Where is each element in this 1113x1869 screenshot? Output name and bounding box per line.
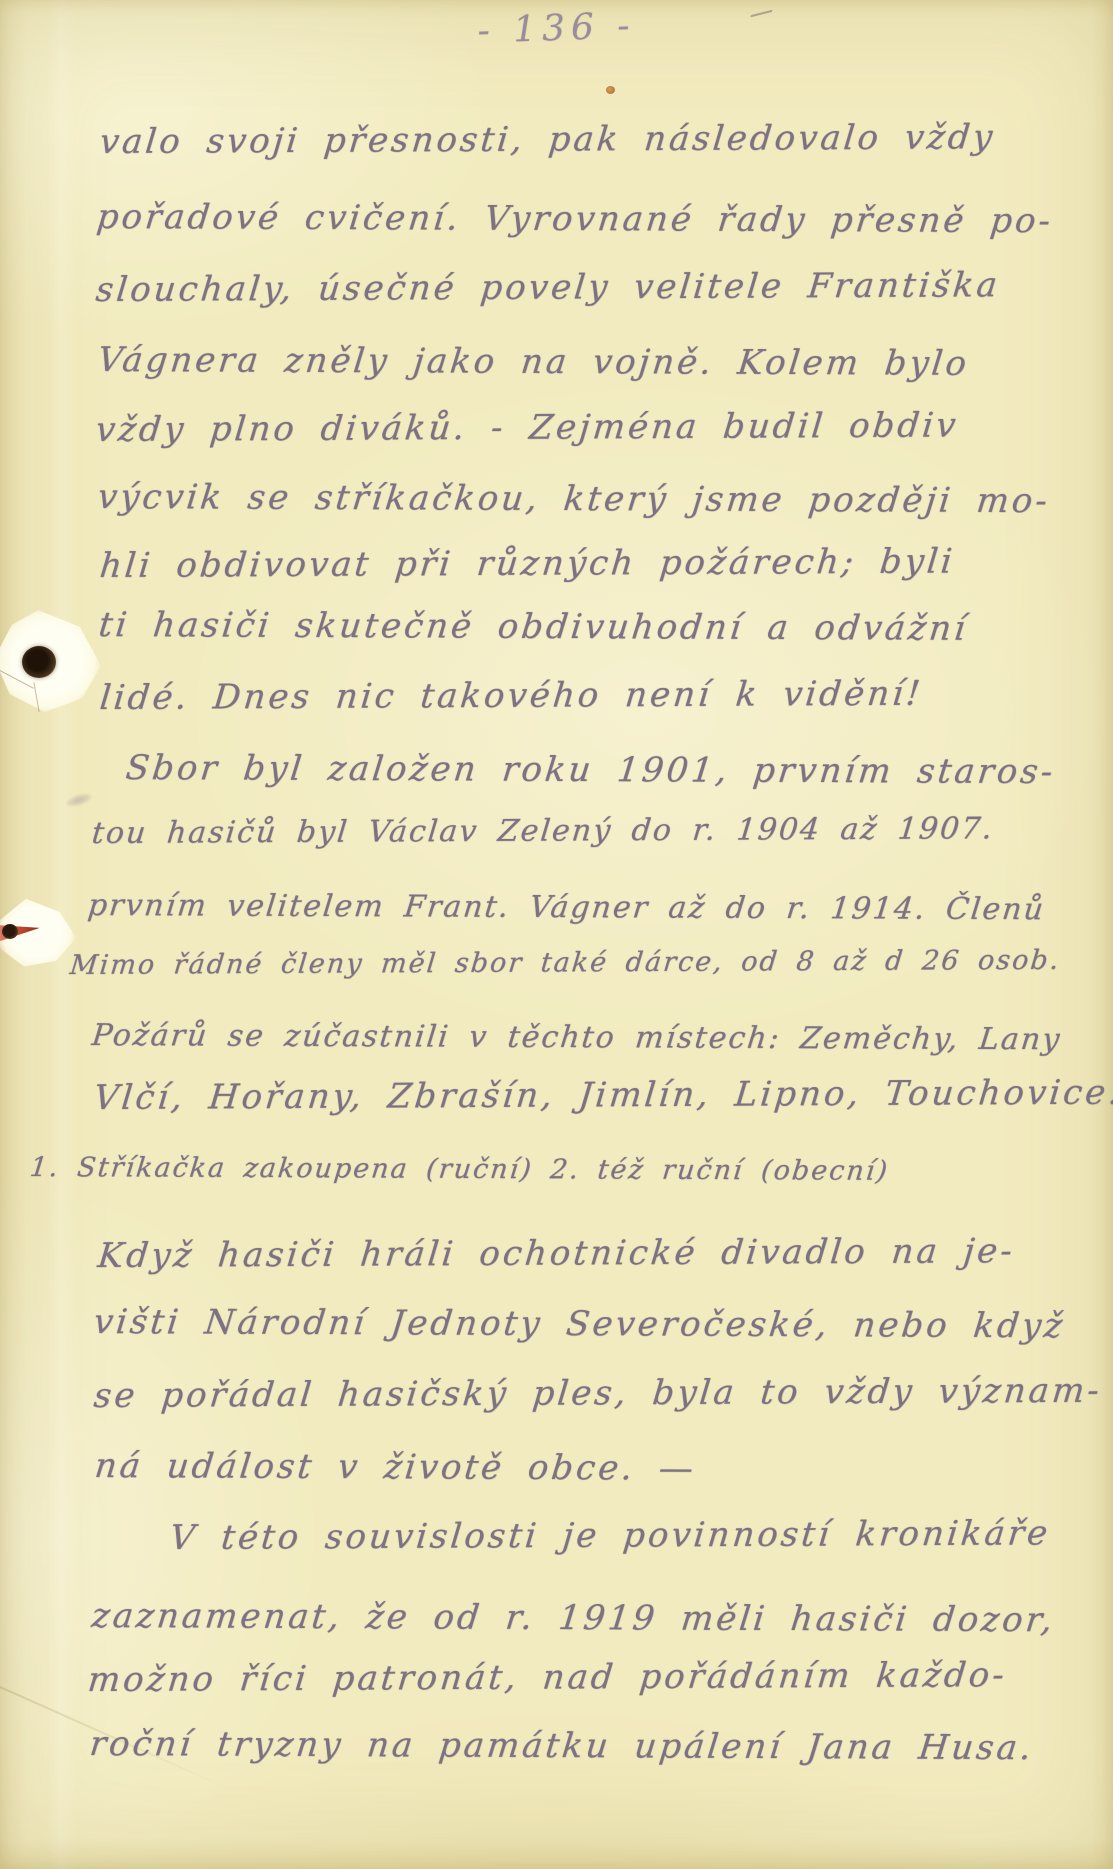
handwritten-line: ti hasiči skutečně obdivuhodní a odvážní (97, 605, 970, 649)
punch-hole-top (0, 608, 102, 713)
handwritten-line: Když hasiči hráli ochotnické divadlo na … (96, 1231, 1017, 1276)
handwritten-line: Sbor byl založen roku 1901, prvním staro… (124, 748, 1058, 792)
handwritten-line: V této souvislosti je povinností kroniká… (168, 1513, 1052, 1558)
handwritten-line: ná událost v životě obce. — (93, 1446, 698, 1489)
handwritten-line: pořadové cvičení. Vyrovnané řady přesně … (95, 197, 1055, 241)
handwritten-line: možno říci patronát, nad pořádáním každo… (86, 1655, 1009, 1700)
punch-hole-bottom (0, 896, 78, 968)
handwritten-line: 1. Stříkačka zakoupena (ruční) 2. též ru… (28, 1152, 890, 1187)
rust-stain (606, 86, 615, 94)
handwritten-line: se pořádal hasičský ples, byla to vždy v… (92, 1371, 1104, 1416)
handwritten-line: prvním velitelem Frant. Vágner až do r. … (86, 888, 1047, 927)
handwritten-line: hli obdivovat při různých požárech; byli (98, 542, 957, 586)
hole-center (22, 646, 56, 678)
handwritten-line: tou hasičů byl Václav Zelený do r. 1904 … (90, 811, 995, 851)
hole-center (2, 924, 18, 939)
handwritten-line: valo svoji přesnosti, pak následovalo vž… (98, 117, 997, 162)
handwritten-line: vždy plno diváků. - Zejména budil obdiv (94, 405, 960, 450)
handwritten-line: slouchaly, úsečné povely velitele Franti… (94, 265, 1002, 310)
handwritten-line: Vágnera zněly jako na vojně. Kolem bylo (96, 340, 971, 384)
handwritten-line: višti Národní Jednoty Severočeské, nebo … (92, 1302, 1067, 1346)
handwritten-line: Mimo řádné členy měl sbor také dárce, od… (68, 945, 1061, 981)
handwritten-line: výcvik se stříkačkou, který jsme později… (96, 477, 1052, 521)
handwritten-line: zaznamenat, že od r. 1919 měli hasiči do… (90, 1596, 1057, 1640)
scanned-chronicle-page: { "page": { "number_label": "- 136 -" },… (0, 0, 1113, 1869)
handwritten-line: lidé. Dnes nic takového není k vidění! (98, 674, 925, 718)
handwritten-line: roční tryzny na památku upálení Jana Hus… (88, 1724, 1036, 1768)
handwritten-line: Požárů se zúčastnili v těchto místech: Z… (90, 1018, 1063, 1057)
handwritten-line: Vlčí, Hořany, Zbrašín, Jimlín, Lipno, To… (92, 1073, 1113, 1118)
